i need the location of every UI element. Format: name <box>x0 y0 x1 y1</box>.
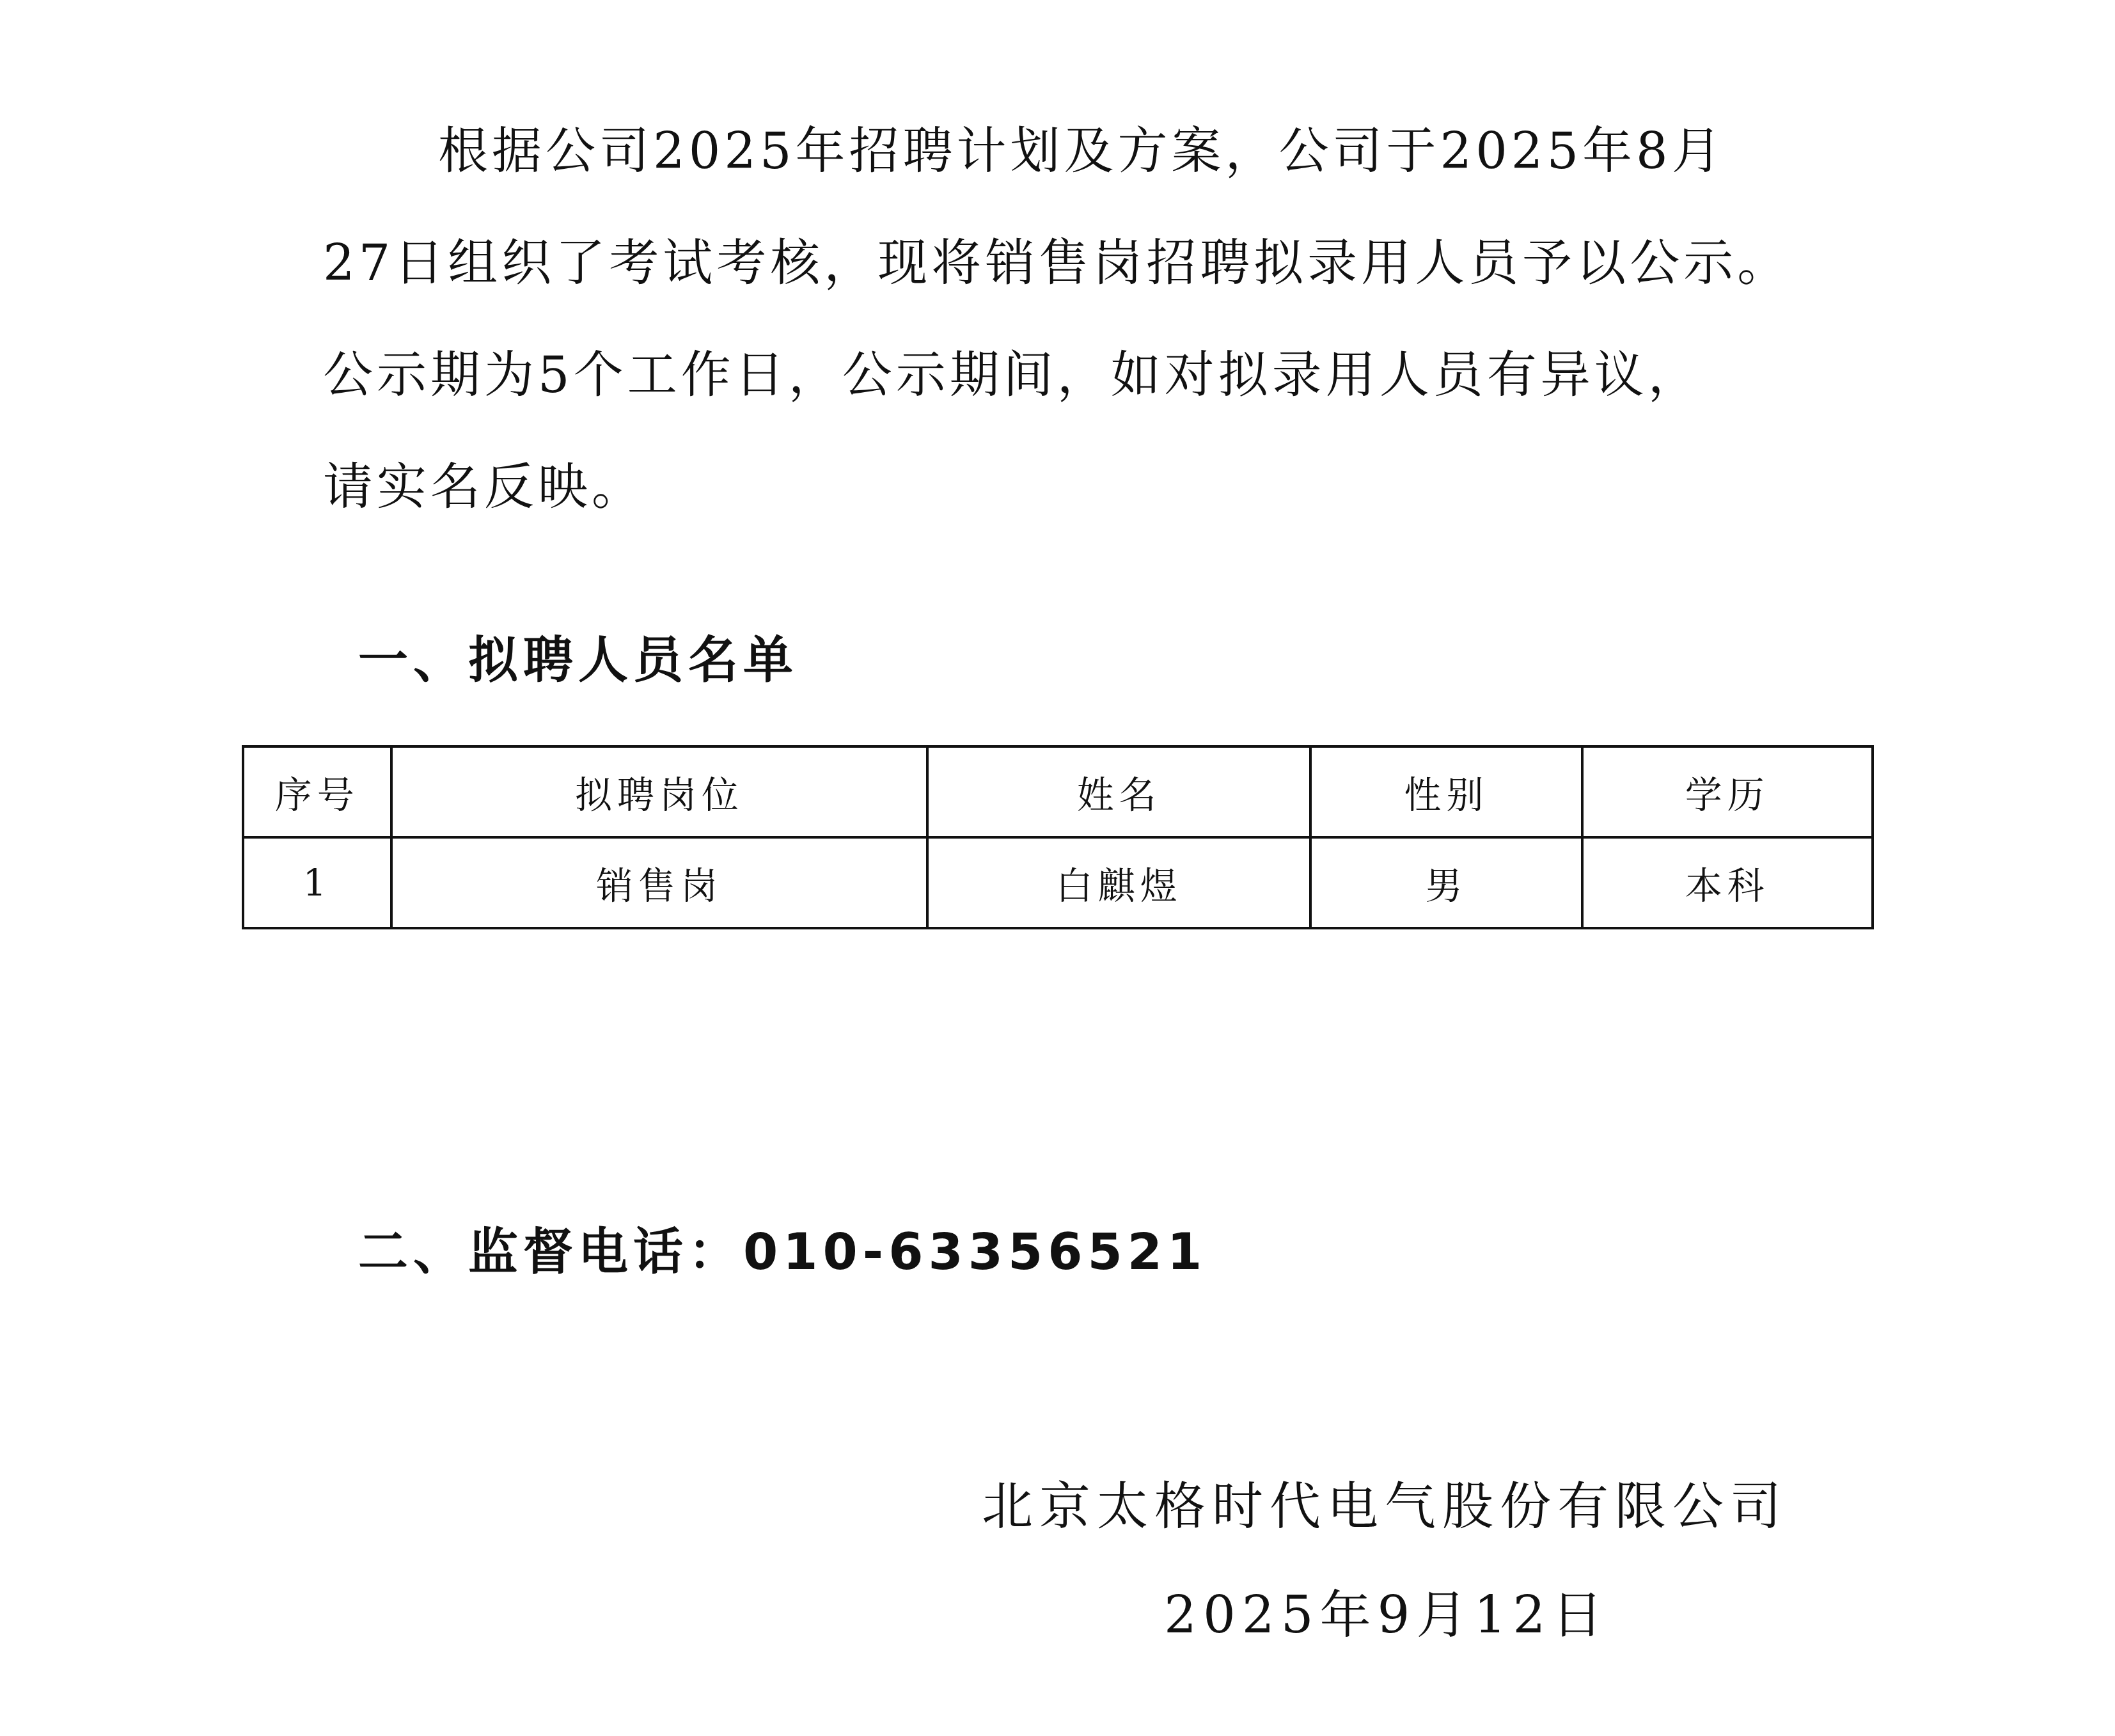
header-position: 拟聘岗位 <box>391 746 928 837</box>
cell-education: 本科 <box>1582 837 1873 928</box>
cell-gender: 男 <box>1310 837 1582 928</box>
intro-line: 根据公司2025年招聘计划及方案，公司于2025年8月 <box>323 96 1871 208</box>
header-education: 学历 <box>1582 746 1873 837</box>
intro-line: 27日组织了考试考核，现将销售岗招聘拟录用人员予以公示。 <box>323 208 1871 320</box>
section-heading-supervision-phone: 二、监督电话：010-63356521 <box>358 1212 1207 1284</box>
intro-paragraph: 根据公司2025年招聘计划及方案，公司于2025年8月 27日组织了考试考核，现… <box>323 96 1871 544</box>
intro-line: 请实名反映。 <box>323 432 1871 544</box>
cell-name: 白麒煜 <box>927 837 1310 928</box>
cell-index: 1 <box>243 837 391 928</box>
header-name: 姓名 <box>927 746 1310 837</box>
intro-line: 公示期为5个工作日，公示期间，如对拟录用人员有异议， <box>323 320 1871 432</box>
table-row: 1 销售岗 白麒煜 男 本科 <box>243 837 1873 928</box>
company-name: 北京太格时代电气股份有限公司 <box>982 1465 1788 1538</box>
header-index: 序号 <box>243 746 391 837</box>
staff-table: 序号 拟聘岗位 姓名 性别 学历 1 销售岗 白麒煜 男 本科 <box>242 745 1874 929</box>
section-heading-staff-list: 一、拟聘人员名单 <box>358 620 798 692</box>
header-gender: 性别 <box>1310 746 1582 837</box>
cell-position: 销售岗 <box>391 837 928 928</box>
table-header-row: 序号 拟聘岗位 姓名 性别 学历 <box>243 746 1873 837</box>
signature-date: 2025年9月12日 <box>1164 1574 1609 1647</box>
